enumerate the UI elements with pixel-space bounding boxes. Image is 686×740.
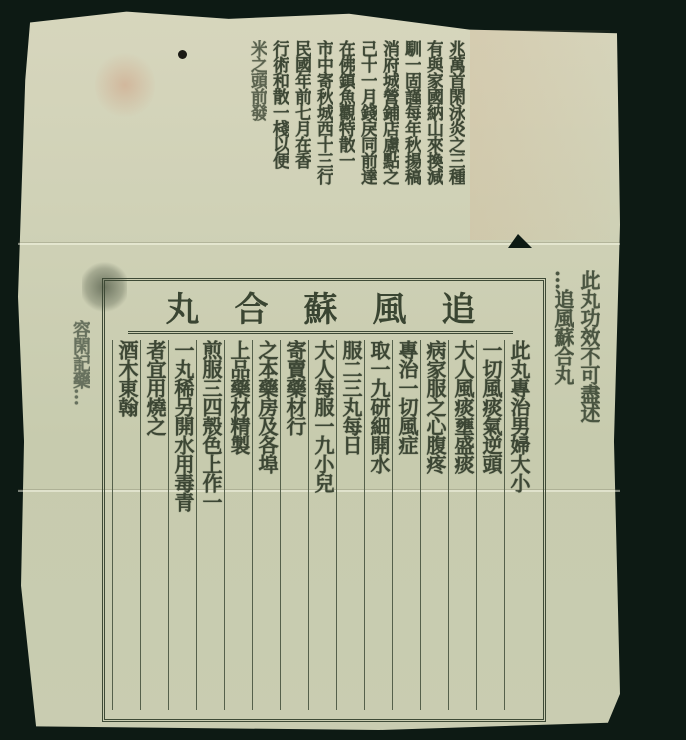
red-stamp-stain [95, 50, 155, 120]
text-column: 之本藥房及各埠 [252, 340, 280, 710]
text-column: 專治一切風症 [392, 340, 420, 710]
text-column: 己十一月錢戾同前達 [357, 40, 377, 275]
text-column: 此丸專治男婦大小 [504, 340, 532, 710]
text-column: 米之頭前發 [247, 40, 267, 275]
text-column: 一丸稀另開水用毒青 [168, 340, 196, 710]
main-text-block: 此丸專治男婦大小 一切風痰氣逆頭 大人風痰壅盛痰 病家服之心腹疼 專治一切風症 … [112, 340, 532, 710]
text-column: 酒木東翰 [112, 340, 140, 710]
right-side-text: 此丸功效不可盡述 …追風蘇合丸 [545, 270, 600, 715]
text-column: 大人風痰壅盛痰 [448, 340, 476, 710]
text-column: 一切風痰氣逆頭 [476, 340, 504, 710]
text-column: 容閑記藥… [70, 320, 90, 715]
text-column: 兆萬首閑泳炎之三種 [445, 40, 465, 275]
title-char: 風 [373, 282, 407, 331]
text-column: 服二三丸每日 [336, 340, 364, 710]
title-banner: 追 風 蘇 合 丸 [128, 278, 513, 334]
text-column: 大人每服一九小兒 [308, 340, 336, 710]
text-column: 在佛鎮魚觀特散一 [335, 40, 355, 275]
text-column: 此丸功效不可盡述 [576, 270, 600, 715]
top-text-block: 兆萬首閑泳炎之三種 有與家國納山來換減 馴一固謹每年秋揚稿 消府城營鋪店慮點之 … [165, 40, 465, 275]
paper-stain [470, 30, 610, 240]
text-column: 寄賣藥材行 [280, 340, 308, 710]
text-column: …追風蘇合丸 [550, 270, 574, 715]
text-column: 煎服三四殼色上作一 [196, 340, 224, 710]
text-column: 病家服之心腹疼 [420, 340, 448, 710]
title-char: 蘇 [304, 282, 338, 331]
title-char: 追 [442, 282, 476, 331]
text-column: 市中寄秋城西十三行 [313, 40, 333, 275]
title-char: 合 [235, 282, 269, 331]
text-column: 取一九研細開水 [364, 340, 392, 710]
text-column: 行術和散一棧以便 [269, 40, 289, 275]
text-column: 消府城營鋪店慮點之 [379, 40, 399, 275]
left-side-text: 容閑記藥… [70, 320, 100, 715]
text-column: 民國年前七月在香 [291, 40, 311, 275]
text-column: 者宜用燒之 [140, 340, 168, 710]
text-column: 有與家國納山來換減 [423, 40, 443, 275]
paper-tear [508, 234, 532, 248]
text-column: 上品藥材精製 [224, 340, 252, 710]
title-char: 丸 [166, 282, 200, 331]
text-column: 馴一固謹每年秋揚稿 [401, 40, 421, 275]
